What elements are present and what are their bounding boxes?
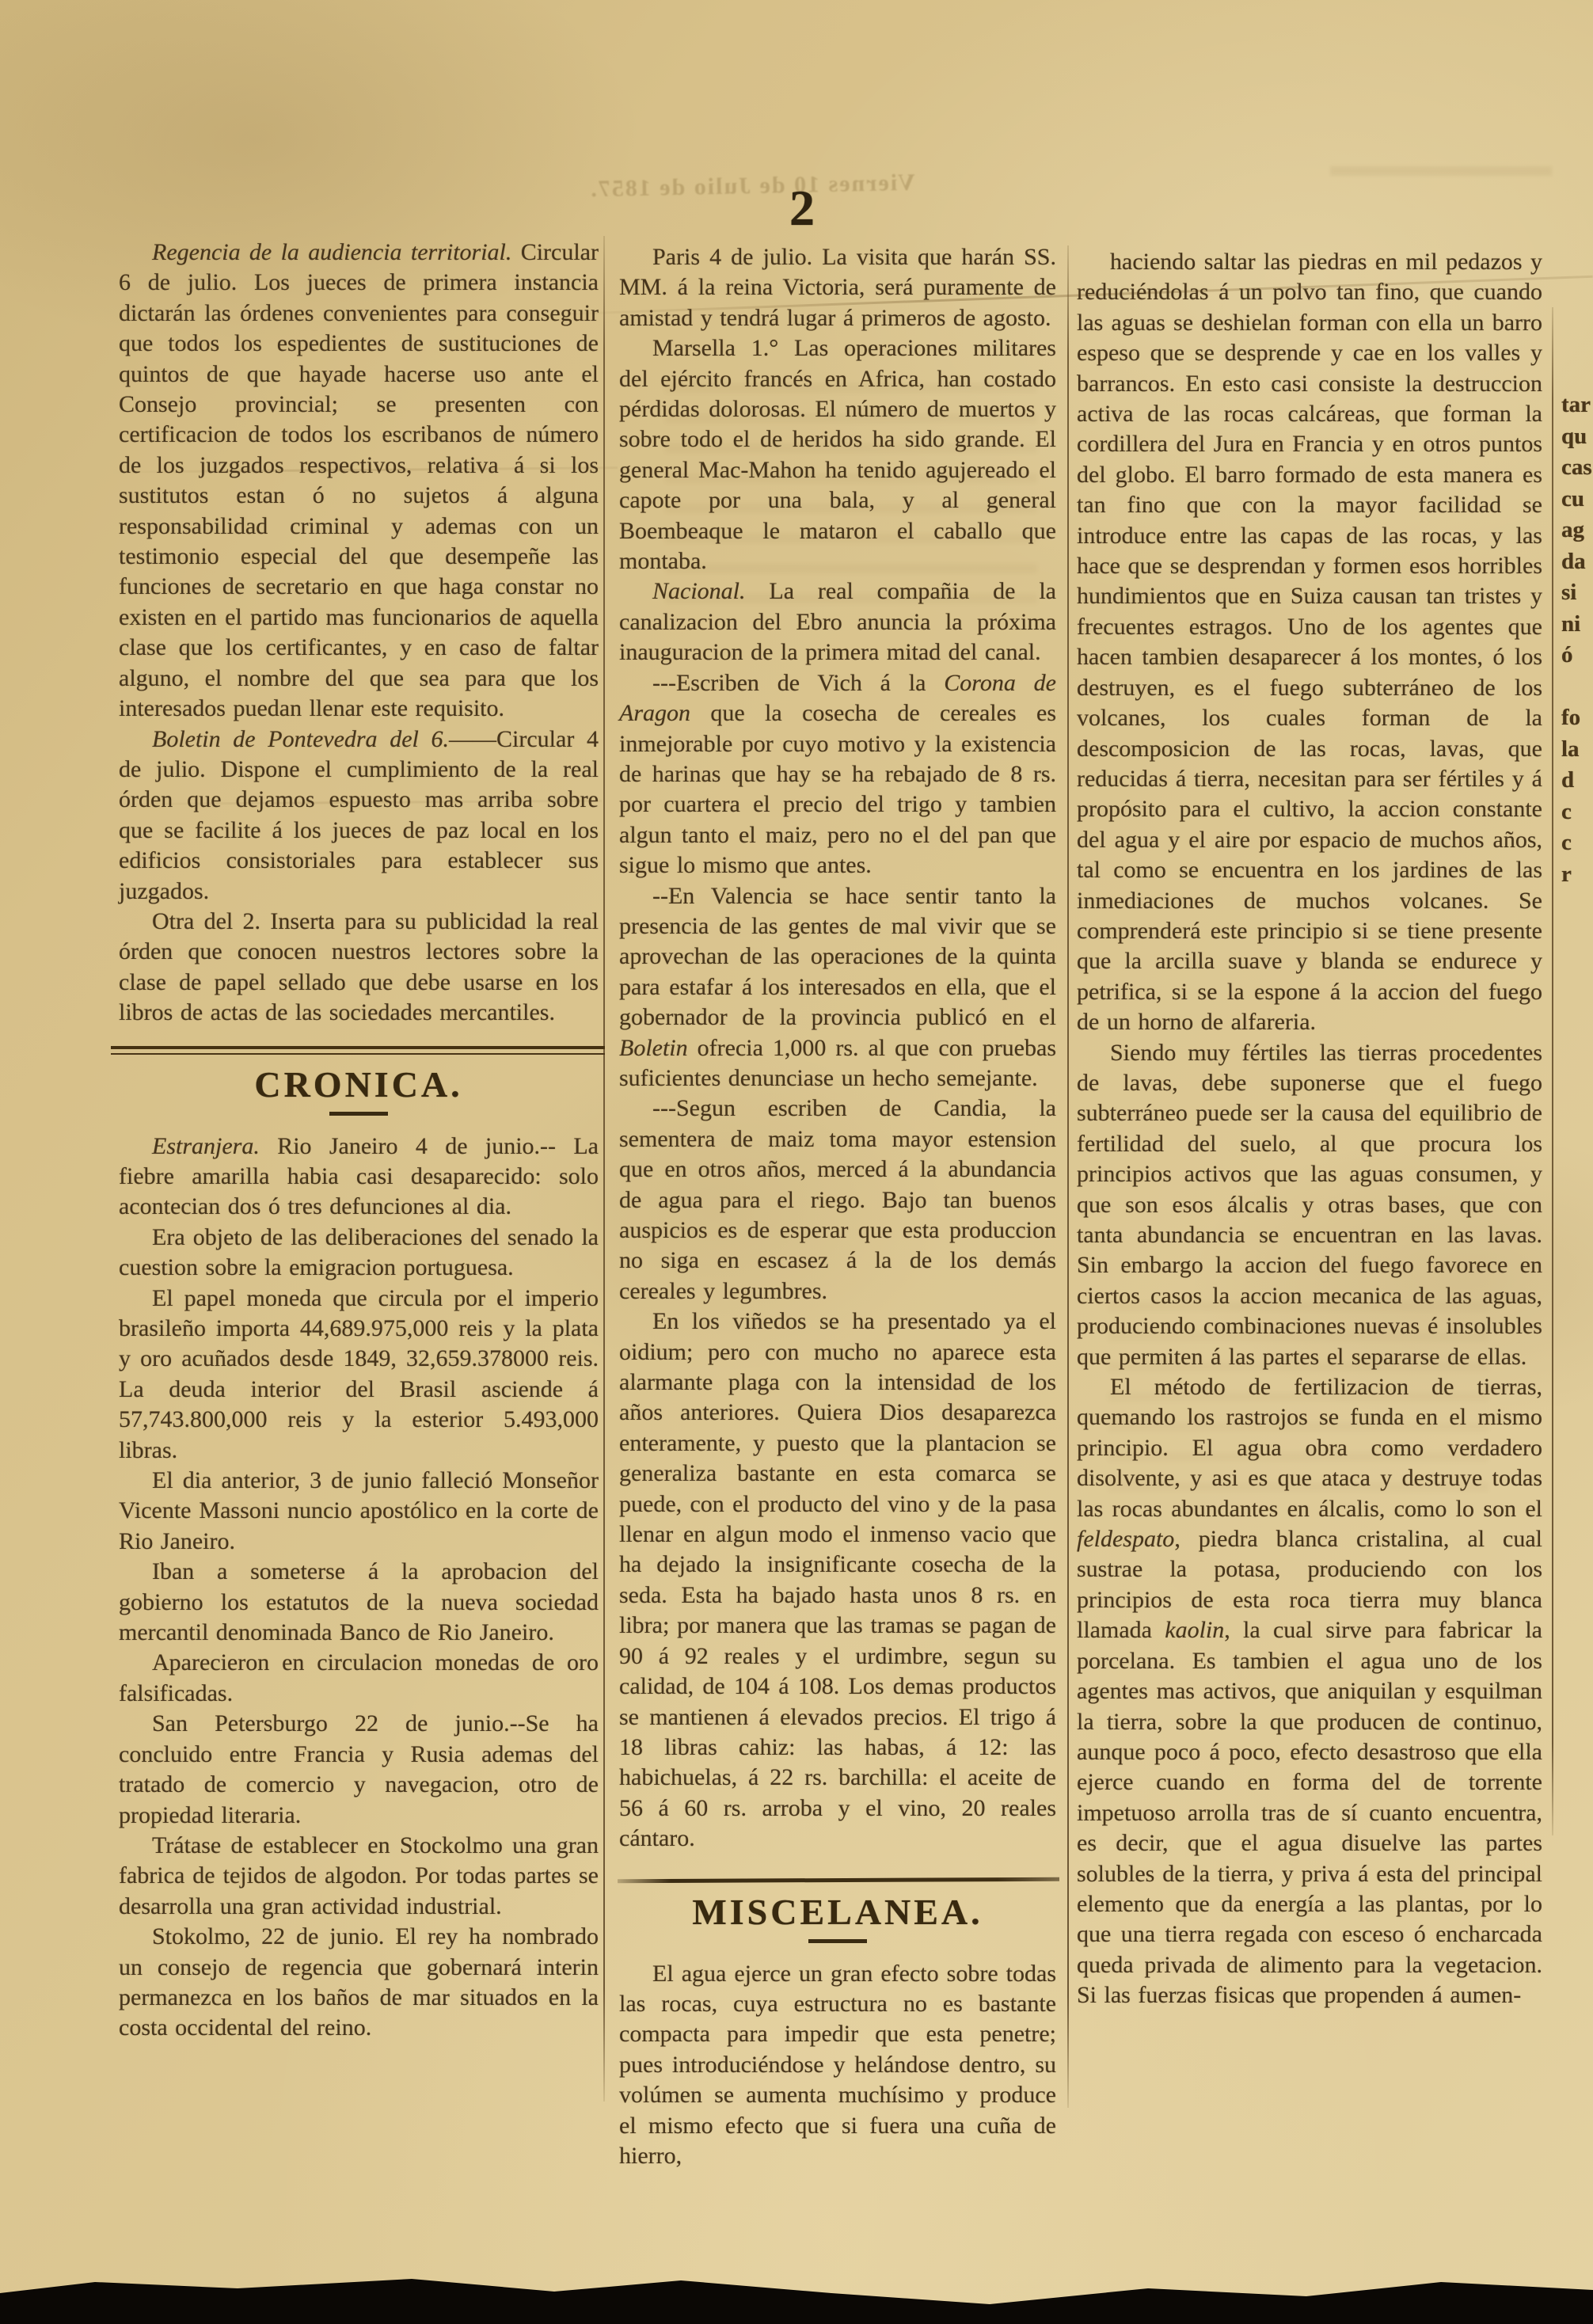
- paragraph: Boletin de Pontevedra del 6.——Circular 4…: [119, 725, 599, 907]
- paragraph: Marsella 1.° Las operaciones militares d…: [619, 333, 1056, 576]
- newspaper-page-scan: Viernes 10 de Julio de 1857. 2 Regencia …: [0, 0, 1593, 2324]
- paragraph: Nacional. La real compañia de la canaliz…: [619, 576, 1056, 668]
- paragraph: Siendo muy fértiles las tierras proceden…: [1077, 1038, 1542, 1372]
- section-rule: [618, 1877, 1059, 1882]
- section-heading-cronica: CRONICA.: [119, 1064, 599, 1105]
- column-left: Regencia de la audiencia territorial. Ci…: [119, 238, 599, 2044]
- paragraph: El dia anterior, 3 de junio falleció Mon…: [119, 1466, 599, 1557]
- heading-underline-dash: [808, 1939, 867, 1943]
- torn-page-bottom-edge: [0, 2247, 1593, 2324]
- bleedthrough-date-text: Viernes 10 de Julio de 1857.: [582, 169, 923, 203]
- column-middle: Paris 4 de julio. La visita que harán SS…: [619, 242, 1056, 2171]
- paragraph: ---Escriben de Vich á la Corona de Arago…: [619, 668, 1056, 881]
- section-heading-miscelanea: MISCELANEA.: [619, 1892, 1056, 1933]
- cutoff-column-fragments: tar qu cas cu ag da si ni ó fo la d c c …: [1561, 390, 1593, 890]
- column-divider-rule: [1552, 307, 1553, 1835]
- paragraph: haciendo saltar las piedras en mil pedaz…: [1077, 247, 1542, 1038]
- heading-underline-dash: [329, 1112, 388, 1116]
- paragraph: Otra del 2. Inserta para su publicidad l…: [119, 907, 599, 1029]
- paragraph: Regencia de la audiencia territorial. Ci…: [119, 238, 599, 725]
- column-divider-rule: [603, 236, 605, 2101]
- column-right: haciendo saltar las piedras en mil pedaz…: [1077, 247, 1542, 2011]
- page-number: 2: [766, 179, 838, 238]
- paragraph: El agua ejerce un gran efecto sobre toda…: [619, 1959, 1056, 2172]
- paragraph: Aparecieron en circulacion monedas de or…: [119, 1648, 599, 1709]
- paragraph: El papel moneda que circula por el imper…: [119, 1284, 599, 1466]
- paragraph: El método de fertilizacion de tierras, q…: [1077, 1372, 1542, 2011]
- paragraph: ---Segun escriben de Candia, la sementer…: [619, 1094, 1056, 1307]
- paragraph: Estranjera. Rio Janeiro 4 de junio.-- La…: [119, 1132, 599, 1223]
- paragraph: Era objeto de las deliberaciones del sen…: [119, 1223, 599, 1284]
- paragraph: Paris 4 de julio. La visita que harán SS…: [619, 242, 1056, 333]
- column-divider-rule: [1067, 245, 1069, 2108]
- paragraph: Iban a someterse á la aprobacion del gob…: [119, 1557, 599, 1648]
- section-double-rule: [111, 1046, 605, 1055]
- paragraph: En los viñedos se ha presentado ya el oi…: [619, 1307, 1056, 1854]
- paragraph: Stokolmo, 22 de junio. El rey ha nombrad…: [119, 1922, 599, 2044]
- paragraph: Trátase de establecer en Stockolmo una g…: [119, 1831, 599, 1922]
- paragraph: San Petersburgo 22 de junio.--Se ha conc…: [119, 1709, 599, 1831]
- bleedthrough-smudge: [1330, 155, 1552, 193]
- paragraph: --En Valencia se hace sentir tanto la pr…: [619, 881, 1056, 1094]
